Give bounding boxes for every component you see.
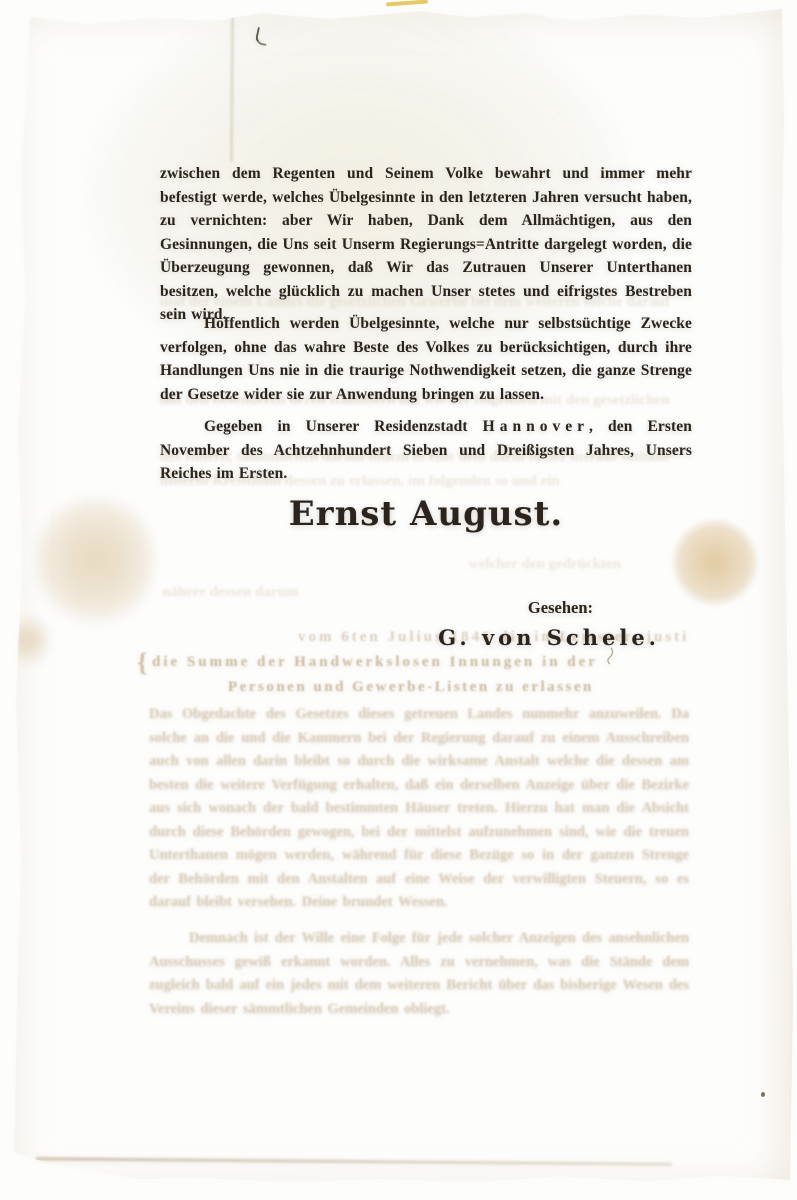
paper-shadow-wrap: und der einem Landes die gesetzlichen Ge… bbox=[0, 0, 797, 1200]
stain-left-edge bbox=[8, 610, 48, 670]
showthrough-brace: { bbox=[137, 648, 147, 678]
showthrough-heading: Personen und Gewerbe-Listen zu erlassen bbox=[228, 679, 614, 696]
paragraph-3-dateline: Gegeben in Unserer Residenzstadt Hannove… bbox=[160, 415, 692, 486]
royal-signature: Ernst August. bbox=[160, 492, 692, 536]
stain-left bbox=[38, 492, 153, 627]
paragraph-1: zwischen dem Regenten und Seinem Volke b… bbox=[160, 162, 692, 327]
showthrough-paragraph: Demnach ist der Wille eine Folge für jed… bbox=[149, 927, 689, 1022]
paragraph-2: Hoffentlich werden Übelgesinnte, welche … bbox=[160, 312, 692, 406]
fold-crease-bottom bbox=[36, 1157, 672, 1166]
showthrough-heading: die Summe der Handwerkslosen Innungen in… bbox=[152, 654, 644, 671]
ink-hook-mark bbox=[254, 27, 269, 46]
scanned-document: und der einem Landes die gesetzlichen Ge… bbox=[0, 0, 797, 1200]
dateline-city-letterspaced: Hannover bbox=[483, 418, 589, 435]
pencil-squiggle-mark bbox=[602, 646, 616, 671]
dark-speck bbox=[761, 1092, 765, 1097]
showthrough-paragraph: Das Obgedachte des Gesetzes dieses getre… bbox=[149, 703, 689, 917]
seen-label: Gesehen: bbox=[160, 598, 593, 618]
showthrough-line: welcher den gedrückten bbox=[468, 556, 692, 573]
dateline-text-before: Gegeben in Unserer Residenzstadt bbox=[204, 418, 483, 435]
countersignature: G. von Schele. bbox=[160, 624, 660, 652]
fold-crease-top bbox=[230, 14, 233, 162]
paper-sheet: und der einem Landes die gesetzlichen Ge… bbox=[0, 0, 797, 1200]
